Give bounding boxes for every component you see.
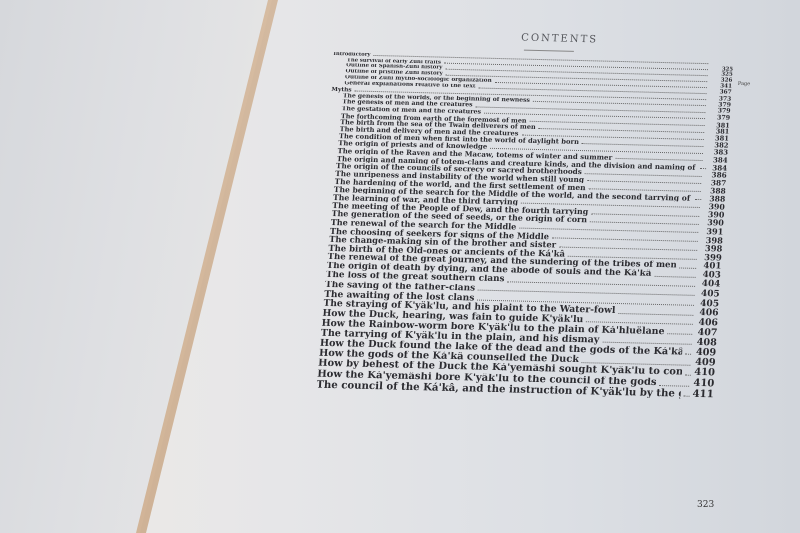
- entry-title: Myths: [331, 87, 352, 93]
- leader-dots: [680, 267, 697, 268]
- leader-dots: [683, 396, 689, 397]
- heading-rule: [524, 50, 574, 52]
- leader-dots: [685, 354, 691, 355]
- entry-page-number: 411: [692, 389, 714, 400]
- contents-list: IntroductoryThe survival of early Zuñi t…: [313, 52, 733, 400]
- leader-dots: [695, 199, 701, 200]
- folio-number: 323: [697, 500, 714, 510]
- leader-dots: [659, 385, 689, 387]
- page-column-label: Page: [738, 81, 751, 87]
- leader-dots: [654, 276, 695, 278]
- contents-sheet: CONTENTS Page IntroductoryThe survival o…: [313, 28, 734, 400]
- leader-dots: [685, 375, 691, 376]
- leader-dots: [667, 334, 692, 336]
- leader-dots: [700, 168, 706, 169]
